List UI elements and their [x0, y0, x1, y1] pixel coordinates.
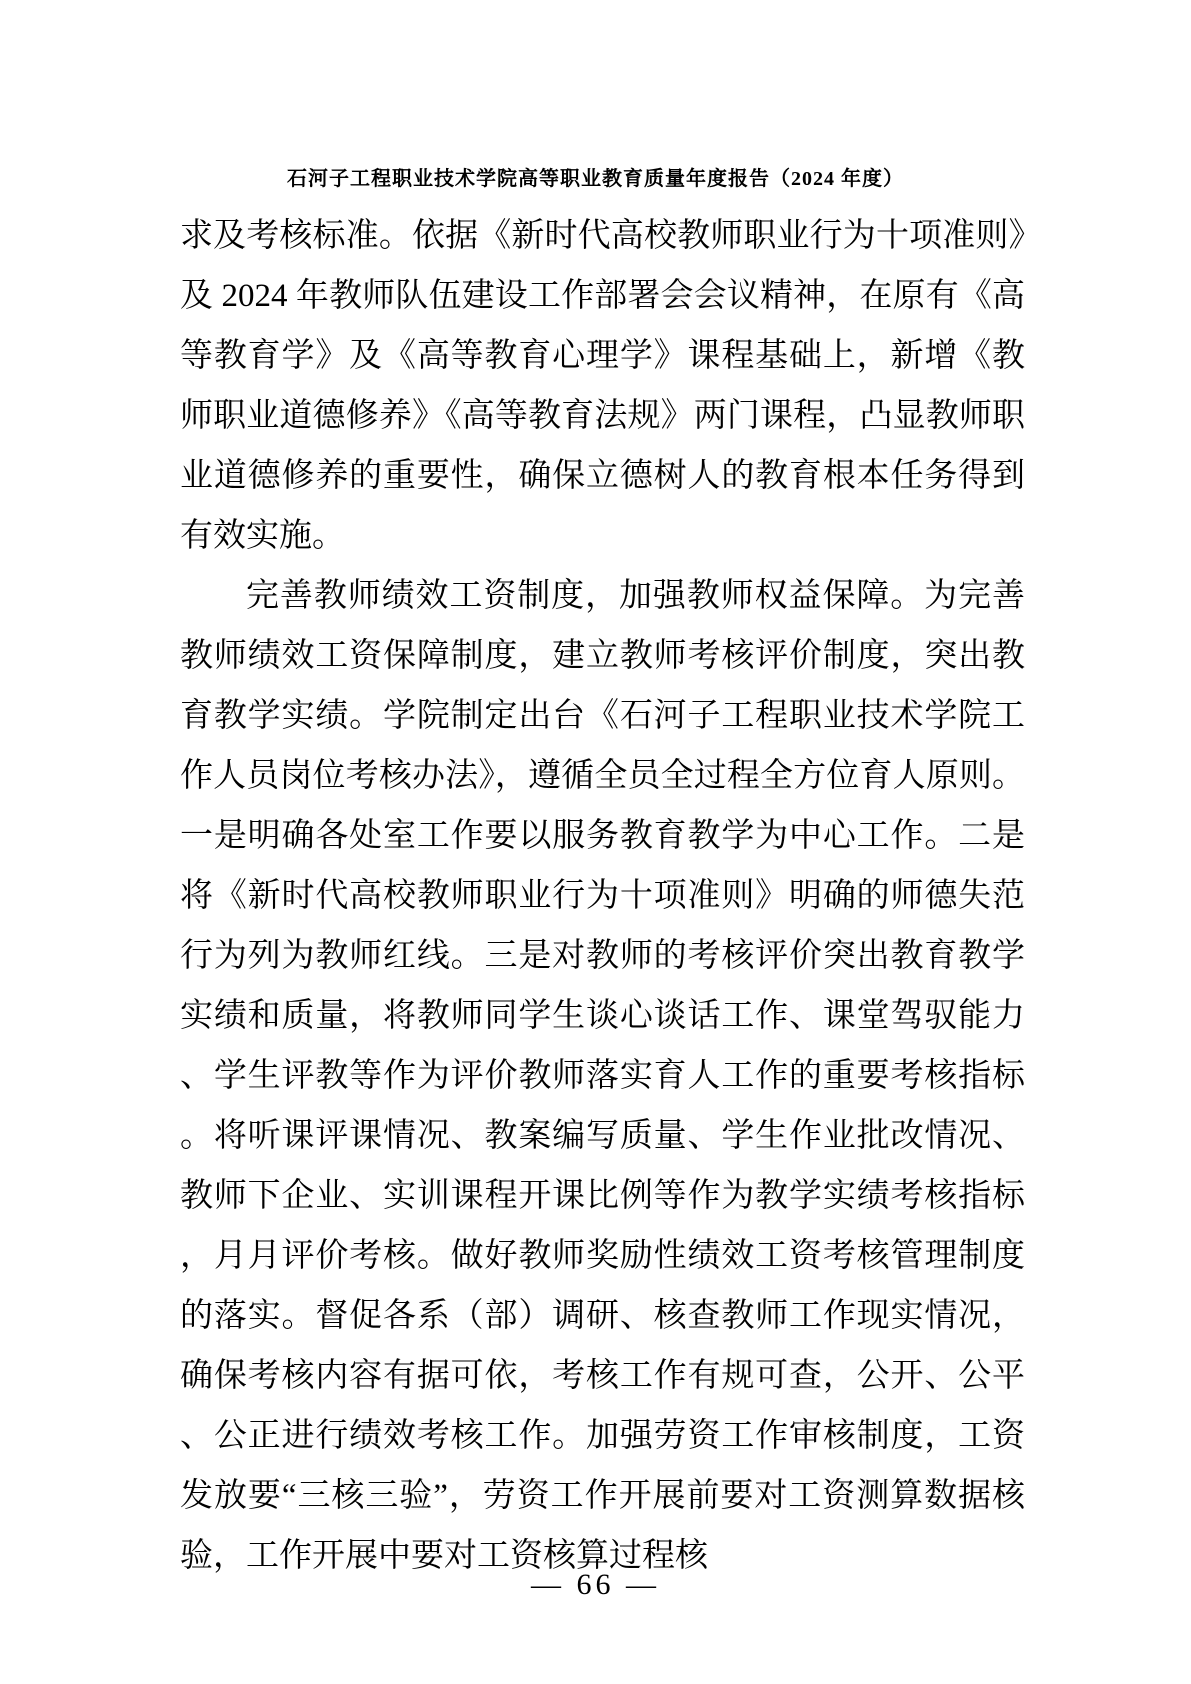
document-page: 石河子工程职业技术学院高等职业教育质量年度报告（2024 年度） 求及考核标准。… — [0, 0, 1191, 1684]
page-header-title: 石河子工程职业技术学院高等职业教育质量年度报告（2024 年度） — [0, 162, 1191, 191]
document-body: 求及考核标准。依据《新时代高校教师职业行为十项准则》及 2024 年教师队伍建设… — [180, 206, 1025, 1586]
page-number: — 66 — — [0, 1568, 1191, 1602]
paragraph-continuation: 求及考核标准。依据《新时代高校教师职业行为十项准则》及 2024 年教师队伍建设… — [180, 206, 1025, 566]
paragraph-teacher-performance-pay: 完善教师绩效工资制度，加强教师权益保障。为完善教师绩效工资保障制度，建立教师考核… — [180, 566, 1025, 1586]
